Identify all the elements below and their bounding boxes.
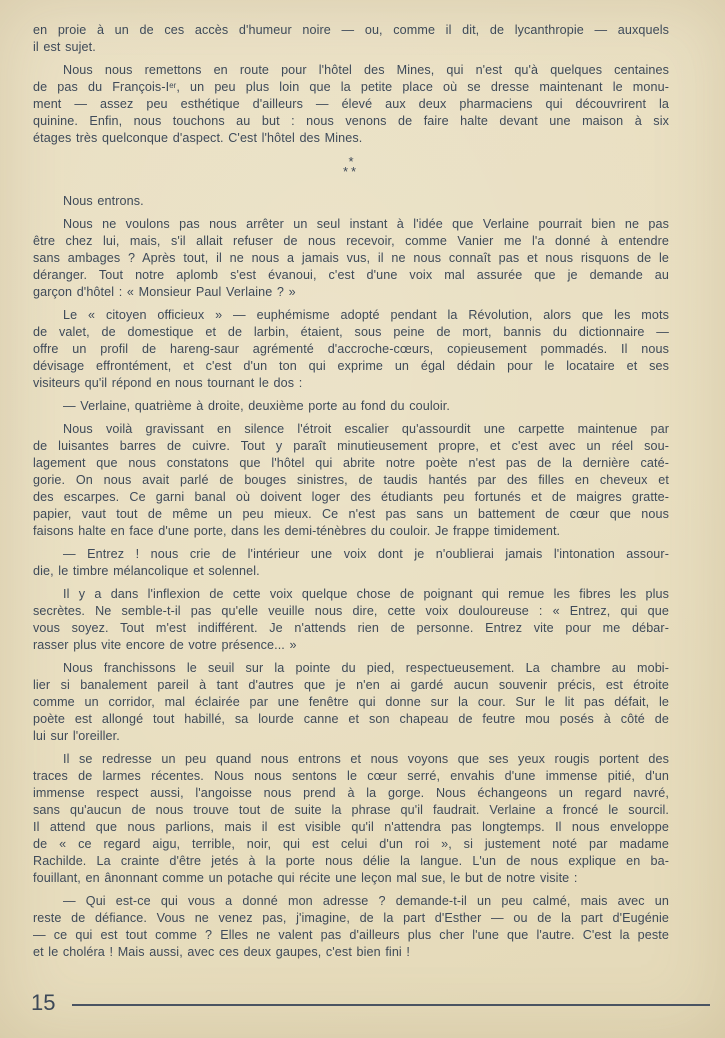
page-footer: 15 bbox=[0, 988, 725, 1028]
footer-rule bbox=[72, 1004, 710, 1006]
text-line: être chez lui, mais, s'il allait refuser… bbox=[33, 233, 669, 250]
asterisk-bottom: ** bbox=[33, 167, 669, 177]
text-line: poète est allongé tout habillé, sa lourd… bbox=[33, 711, 669, 728]
text-line: étages très quelconque d'aspect. C'est l… bbox=[33, 130, 669, 147]
text-line: — Qui est-ce qui vous a donné mon adress… bbox=[33, 893, 669, 910]
text-line: sans ambages ? Après tout, il ne nous a … bbox=[33, 250, 669, 267]
text-line: rasser plus vite encore de votre présenc… bbox=[33, 637, 669, 654]
paragraph: Il se redresse un peu quand nous entrons… bbox=[33, 751, 669, 887]
paragraph: Nous franchissons le seuil sur la pointe… bbox=[33, 660, 669, 745]
text-line: vous soyez. Tout m'est indifférent. Je n… bbox=[33, 620, 669, 637]
paragraph: Nous entrons. bbox=[33, 193, 669, 210]
text-line: quinine. Enfin, nous touchons au but : n… bbox=[33, 113, 669, 130]
text-line: ment — assez peu esthétique d'ailleurs —… bbox=[33, 96, 669, 113]
text-line: garçon d'hôtel : « Monsieur Paul Verlain… bbox=[33, 284, 669, 301]
text-line: de pas du François-Ier, un peu plus loin… bbox=[33, 79, 669, 96]
text-line: offre un profil de hareng-saur agrémenté… bbox=[33, 341, 669, 358]
text-line: en proie à un de ces accès d'humeur noir… bbox=[33, 22, 669, 39]
text-line: Nous nous remettons en route pour l'hôte… bbox=[33, 62, 669, 79]
text-line: papier, vaut tout de même un peu mieux. … bbox=[33, 506, 669, 523]
paragraph: — Entrez ! nous crie de l'intérieur une … bbox=[33, 546, 669, 580]
paragraph: Nous nous remettons en route pour l'hôte… bbox=[33, 62, 669, 147]
text-line: Il se redresse un peu quand nous entrons… bbox=[33, 751, 669, 768]
page-number: 15 bbox=[31, 991, 55, 1015]
text-line: immense respect aussi, l'angoisse nous p… bbox=[33, 785, 669, 802]
paragraph: Il y a dans l'inflexion de cette voix qu… bbox=[33, 586, 669, 654]
paragraph: Nous voilà gravissant en silence l'étroi… bbox=[33, 421, 669, 540]
text-line: faisons halte en face d'une porte, dans … bbox=[33, 523, 669, 540]
text-line: — Verlaine, quatrième à droite, deuxième… bbox=[33, 398, 669, 415]
text-line: déranger. Tout notre aplomb s'est évanou… bbox=[33, 267, 669, 284]
text-line: dévisage effrontément, et c'est d'un ton… bbox=[33, 358, 669, 375]
text-line: Nous voilà gravissant en silence l'étroi… bbox=[33, 421, 669, 438]
text-line: Il y a dans l'inflexion de cette voix qu… bbox=[33, 586, 669, 603]
text-line: die, le timbre mélancolique et solennel. bbox=[33, 563, 669, 580]
text-line: Nous franchissons le seuil sur la pointe… bbox=[33, 660, 669, 677]
text-line: sans qu'aucun de nous trouve tout de sui… bbox=[33, 802, 669, 819]
text-line: et le choléra ! Mais aussi, avec ces deu… bbox=[33, 944, 669, 961]
text-line: lui sur l'oreiller. bbox=[33, 728, 669, 745]
text-line: il est sujet. bbox=[33, 39, 669, 56]
text-line: traces de larmes récentes. Nous nous sen… bbox=[33, 768, 669, 785]
paragraph: — Qui est-ce qui vous a donné mon adress… bbox=[33, 893, 669, 961]
text-line: lagement que nous constatons que l'hôtel… bbox=[33, 455, 669, 472]
text-line: de valet, de domestique et de larbin, ét… bbox=[33, 324, 669, 341]
paragraph: — Verlaine, quatrième à droite, deuxième… bbox=[33, 398, 669, 415]
text-line: des escarpes. Ce garni banal où doivent … bbox=[33, 489, 669, 506]
text-line: Le « citoyen officieux » — euphémisme ad… bbox=[33, 307, 669, 324]
text-line: lier si banalement pareil à tant d'autre… bbox=[33, 677, 669, 694]
paragraph: Le « citoyen officieux » — euphémisme ad… bbox=[33, 307, 669, 392]
text-line: reste de défiance. Vous ne venez pas, j'… bbox=[33, 910, 669, 927]
text-line: gorie. On nous avait parlé de bouges sin… bbox=[33, 472, 669, 489]
asterism-separator: *** bbox=[33, 153, 669, 191]
text-line: comme un corridor, mal éclairée par une … bbox=[33, 694, 669, 711]
paragraph: Nous ne voulons pas nous arrêter un seul… bbox=[33, 216, 669, 301]
text-line: Il attend que nous parlions, mais il est… bbox=[33, 819, 669, 836]
page-content: en proie à un de ces accès d'humeur noir… bbox=[33, 22, 669, 967]
text-line: Nous ne voulons pas nous arrêter un seul… bbox=[33, 216, 669, 233]
text-line: de « ce regard aigu, terrible, noir, qui… bbox=[33, 836, 669, 853]
text-line: — ce qui est tout comme ? Elles ne valen… bbox=[33, 927, 669, 944]
paragraph: en proie à un de ces accès d'humeur noir… bbox=[33, 22, 669, 56]
book-page: en proie à un de ces accès d'humeur noir… bbox=[0, 0, 725, 1038]
text-line: Rachilde. La crainte d'être jetés à la p… bbox=[33, 853, 669, 870]
text-line: — Entrez ! nous crie de l'intérieur une … bbox=[33, 546, 669, 563]
text-line: secrètes. Ne semble-t-il pas qu'elle veu… bbox=[33, 603, 669, 620]
text-line: visiteurs qu'il répond en nous tournant … bbox=[33, 375, 669, 392]
text-line: de luisantes barres de cuivre. Tout y pa… bbox=[33, 438, 669, 455]
text-line: Nous entrons. bbox=[33, 193, 669, 210]
text-line: fouillant, en ânonnant comme un potache … bbox=[33, 870, 669, 887]
